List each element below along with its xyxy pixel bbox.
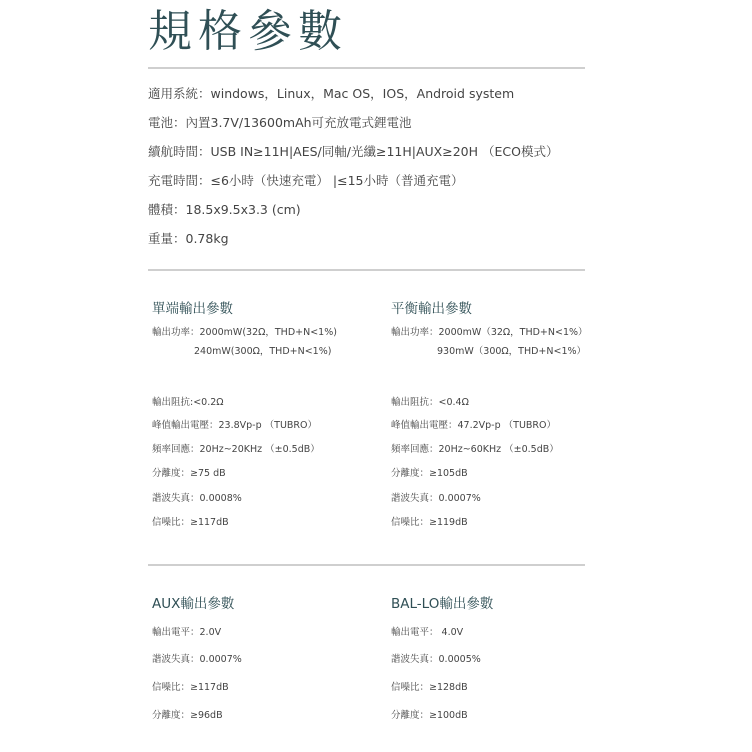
divider [148, 67, 585, 69]
balanced-separation: 分離度：≥105dB [391, 468, 468, 480]
balanced-frequency: 頻率回應：20Hz~60KHz （±0.5dB） [391, 444, 559, 456]
bal-lo-thd: 諧波失真：0.0005% [391, 654, 481, 666]
aux-thd: 諧波失真：0.0007% [152, 654, 242, 666]
spec-os: 適用系統：windows，Linux，Mac OS，IOS，Android sy… [148, 86, 514, 102]
aux-title: AUX輸出參數 [152, 595, 234, 613]
balanced-peak-voltage: 峰值輸出電壓：47.2Vp-p （TUBRO） [391, 420, 556, 432]
spec-runtime: 續航時間：USB IN≥11H|AES/同軸/光纖≥11H|AUX≥20H （E… [148, 144, 558, 160]
bal-lo-title: BAL-LO輸出參數 [391, 595, 493, 613]
balanced-thd: 諧波失真：0.0007% [391, 493, 481, 505]
spec-dimensions: 體積：18.5x9.5x3.3 (cm) [148, 202, 301, 218]
aux-separation: 分離度：≥96dB [152, 710, 223, 722]
single-ended-frequency: 頻率回應：20Hz~20KHz （±0.5dB） [152, 444, 320, 456]
aux-level: 輸出電平：2.0V [152, 627, 221, 639]
spec-battery: 電池：內置3.7V/13600mAh可充放電式鋰電池 [148, 115, 412, 131]
spec-page: 規格參數 適用系統：windows，Linux，Mac OS，IOS，Andro… [0, 0, 752, 752]
single-ended-thd: 諧波失真：0.0008% [152, 493, 242, 505]
balanced-snr: 信噪比：≥119dB [391, 517, 468, 529]
page-title: 規格參數 [148, 4, 348, 60]
single-ended-power-2: 240mW(300Ω，THD+N<1%) [194, 346, 331, 358]
single-ended-title: 單端輸出參數 [152, 300, 233, 318]
balanced-power-2: 930mW（300Ω，THD+N<1%） [437, 346, 586, 358]
bal-lo-separation: 分離度：≥100dB [391, 710, 468, 722]
single-ended-impedance: 輸出阻抗:<0.2Ω [152, 397, 224, 409]
balanced-power: 輸出功率：2000mW（32Ω，THD+N<1%） [391, 327, 588, 339]
balanced-impedance: 輸出阻抗：<0.4Ω [391, 397, 469, 409]
spec-charge-time: 充電時間：≤6小時（快速充電） |≤15小時（普通充電） [148, 173, 464, 189]
balanced-title: 平衡輸出參數 [391, 300, 472, 318]
single-ended-snr: 信噪比：≥117dB [152, 517, 229, 529]
aux-snr: 信噪比：≥117dB [152, 682, 229, 694]
divider [148, 269, 585, 271]
single-ended-separation: 分離度：≥75 dB [152, 468, 226, 480]
single-ended-peak-voltage: 峰值輸出電壓：23.8Vp-p （TUBRO） [152, 420, 317, 432]
single-ended-power: 輸出功率：2000mW(32Ω，THD+N<1%) [152, 327, 337, 339]
bal-lo-level: 輸出電平： 4.0V [391, 627, 463, 639]
spec-weight: 重量：0.78kg [148, 231, 229, 247]
bal-lo-snr: 信噪比：≥128dB [391, 682, 468, 694]
divider [148, 564, 585, 566]
